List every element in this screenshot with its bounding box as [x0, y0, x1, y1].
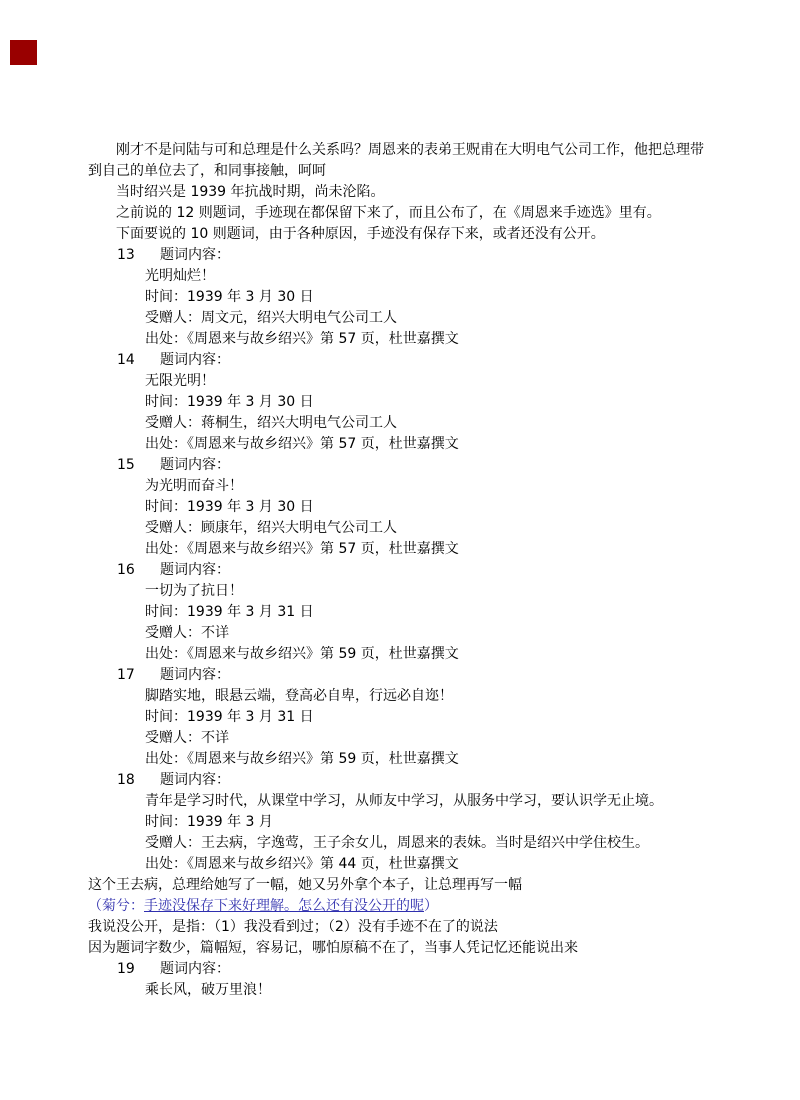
entry-time: 时间：1939 年 3 月 30 日: [88, 287, 714, 308]
entry-number: 15: [117, 455, 160, 476]
entry-content: 乘长风，破万里浪！: [88, 980, 714, 1001]
entry-number: 19: [117, 959, 160, 980]
entry-number-line: 18题词内容：: [88, 770, 714, 791]
inscription-entry-17: 17题词内容： 脚踏实地，眼悬云端，登高必自卑，行远必自迩！ 时间：1939 年…: [88, 665, 714, 770]
entry-label: 题词内容：: [160, 457, 230, 473]
entry-content: 为光明而奋斗！: [88, 476, 714, 497]
inscription-entry-15: 15题词内容： 为光明而奋斗！ 时间：1939 年 3 月 30 日 受赠人：顾…: [88, 455, 714, 560]
annotation-note: （菊兮：手迹没保存下来好理解。怎么还有没公开的呢）: [88, 896, 714, 917]
intro-paragraph-2: 当时绍兴是 1939 年抗战时期，尚未沦陷。: [88, 182, 714, 203]
document-body: 刚才不是问陆与可和总理是什么关系吗？周恩来的表弟王贶甫在大明电气公司工作，他把总…: [88, 140, 714, 1001]
inscription-entry-13: 13题词内容： 光明灿烂！ 时间：1939 年 3 月 30 日 受赠人：周文元…: [88, 245, 714, 350]
intro-paragraph-3: 之前说的 12 则题词，手迹现在都保留下来了，而且公布了，在《周恩来手迹选》里有…: [88, 203, 714, 224]
entry-time: 时间：1939 年 3 月 30 日: [88, 392, 714, 413]
entry-source: 出处：《周恩来与故乡绍兴》第 57 页，杜世嘉撰文: [88, 329, 714, 350]
entry-content: 青年是学习时代，从课堂中学习，从师友中学习，从服务中学习，要认识学无止境。: [88, 791, 714, 812]
entry-time: 时间：1939 年 3 月 30 日: [88, 497, 714, 518]
entry-number-line: 17题词内容：: [88, 665, 714, 686]
entry-label: 题词内容：: [160, 352, 230, 368]
entry-label: 题词内容：: [160, 247, 230, 263]
entry-content: 无限光明！: [88, 371, 714, 392]
entry-number-line: 15题词内容：: [88, 455, 714, 476]
annotation-note-suffix: ）: [424, 898, 438, 914]
entry-source: 出处：《周恩来与故乡绍兴》第 57 页，杜世嘉撰文: [88, 434, 714, 455]
entry-number: 17: [117, 665, 160, 686]
entry-source: 出处：《周恩来与故乡绍兴》第 59 页，杜世嘉撰文: [88, 749, 714, 770]
commentary-line-1: 这个王去病，总理给她写了一幅，她又另外拿个本子，让总理再写一幅: [88, 875, 714, 896]
entry-label: 题词内容：: [160, 961, 230, 977]
entry-recipient: 受赠人：周文元，绍兴大明电气公司工人: [88, 308, 714, 329]
entry-label: 题词内容：: [160, 562, 230, 578]
inscription-entry-19: 19题词内容： 乘长风，破万里浪！: [88, 959, 714, 1001]
inscription-entry-16: 16题词内容： 一切为了抗日！ 时间：1939 年 3 月 31 日 受赠人：不…: [88, 560, 714, 665]
inscription-entry-14: 14题词内容： 无限光明！ 时间：1939 年 3 月 30 日 受赠人：蒋桐生…: [88, 350, 714, 455]
entry-content: 一切为了抗日！: [88, 581, 714, 602]
intro-paragraph-4: 下面要说的 10 则题词，由于各种原因，手迹没有保存下来，或者还没有公开。: [88, 224, 714, 245]
entry-source: 出处：《周恩来与故乡绍兴》第 44 页，杜世嘉撰文: [88, 854, 714, 875]
entry-label: 题词内容：: [160, 667, 230, 683]
commentary-line-4: 因为题词字数少，篇幅短，容易记，哪怕原稿不在了，当事人凭记忆还能说出来: [88, 938, 714, 959]
entry-content: 脚踏实地，眼悬云端，登高必自卑，行远必自迩！: [88, 686, 714, 707]
entry-source: 出处：《周恩来与故乡绍兴》第 59 页，杜世嘉撰文: [88, 644, 714, 665]
entry-time: 时间：1939 年 3 月: [88, 812, 714, 833]
entry-label: 题词内容：: [160, 772, 230, 788]
entry-number: 16: [117, 560, 160, 581]
entry-source: 出处：《周恩来与故乡绍兴》第 57 页，杜世嘉撰文: [88, 539, 714, 560]
entry-recipient: 受赠人：蒋桐生，绍兴大明电气公司工人: [88, 413, 714, 434]
entry-number-line: 13题词内容：: [88, 245, 714, 266]
entry-number: 14: [117, 350, 160, 371]
entry-content: 光明灿烂！: [88, 266, 714, 287]
annotation-note-underlined: 手迹没保存下来好理解。怎么还有没公开的呢: [144, 898, 424, 914]
entry-recipient: 受赠人：不详: [88, 623, 714, 644]
entry-time: 时间：1939 年 3 月 31 日: [88, 602, 714, 623]
entry-recipient: 受赠人：王去病，字逸莺，王子余女儿，周恩来的表妹。当时是绍兴中学住校生。: [88, 833, 714, 854]
entry-number: 13: [117, 245, 160, 266]
entry-number-line: 16题词内容：: [88, 560, 714, 581]
intro-paragraph-1: 刚才不是问陆与可和总理是什么关系吗？周恩来的表弟王贶甫在大明电气公司工作，他把总…: [88, 140, 714, 182]
entry-recipient: 受赠人：顾康年，绍兴大明电气公司工人: [88, 518, 714, 539]
annotation-note-prefix: （菊兮：: [88, 898, 144, 914]
commentary-line-3: 我说没公开，是指：（1）我没看到过；（2）没有手迹不在了的说法: [88, 917, 714, 938]
entry-recipient: 受赠人：不详: [88, 728, 714, 749]
red-marker: [10, 40, 37, 65]
entry-time: 时间：1939 年 3 月 31 日: [88, 707, 714, 728]
entry-number-line: 14题词内容：: [88, 350, 714, 371]
entry-number-line: 19题词内容：: [88, 959, 714, 980]
entry-number: 18: [117, 770, 160, 791]
inscription-entry-18: 18题词内容： 青年是学习时代，从课堂中学习，从师友中学习，从服务中学习，要认识…: [88, 770, 714, 875]
